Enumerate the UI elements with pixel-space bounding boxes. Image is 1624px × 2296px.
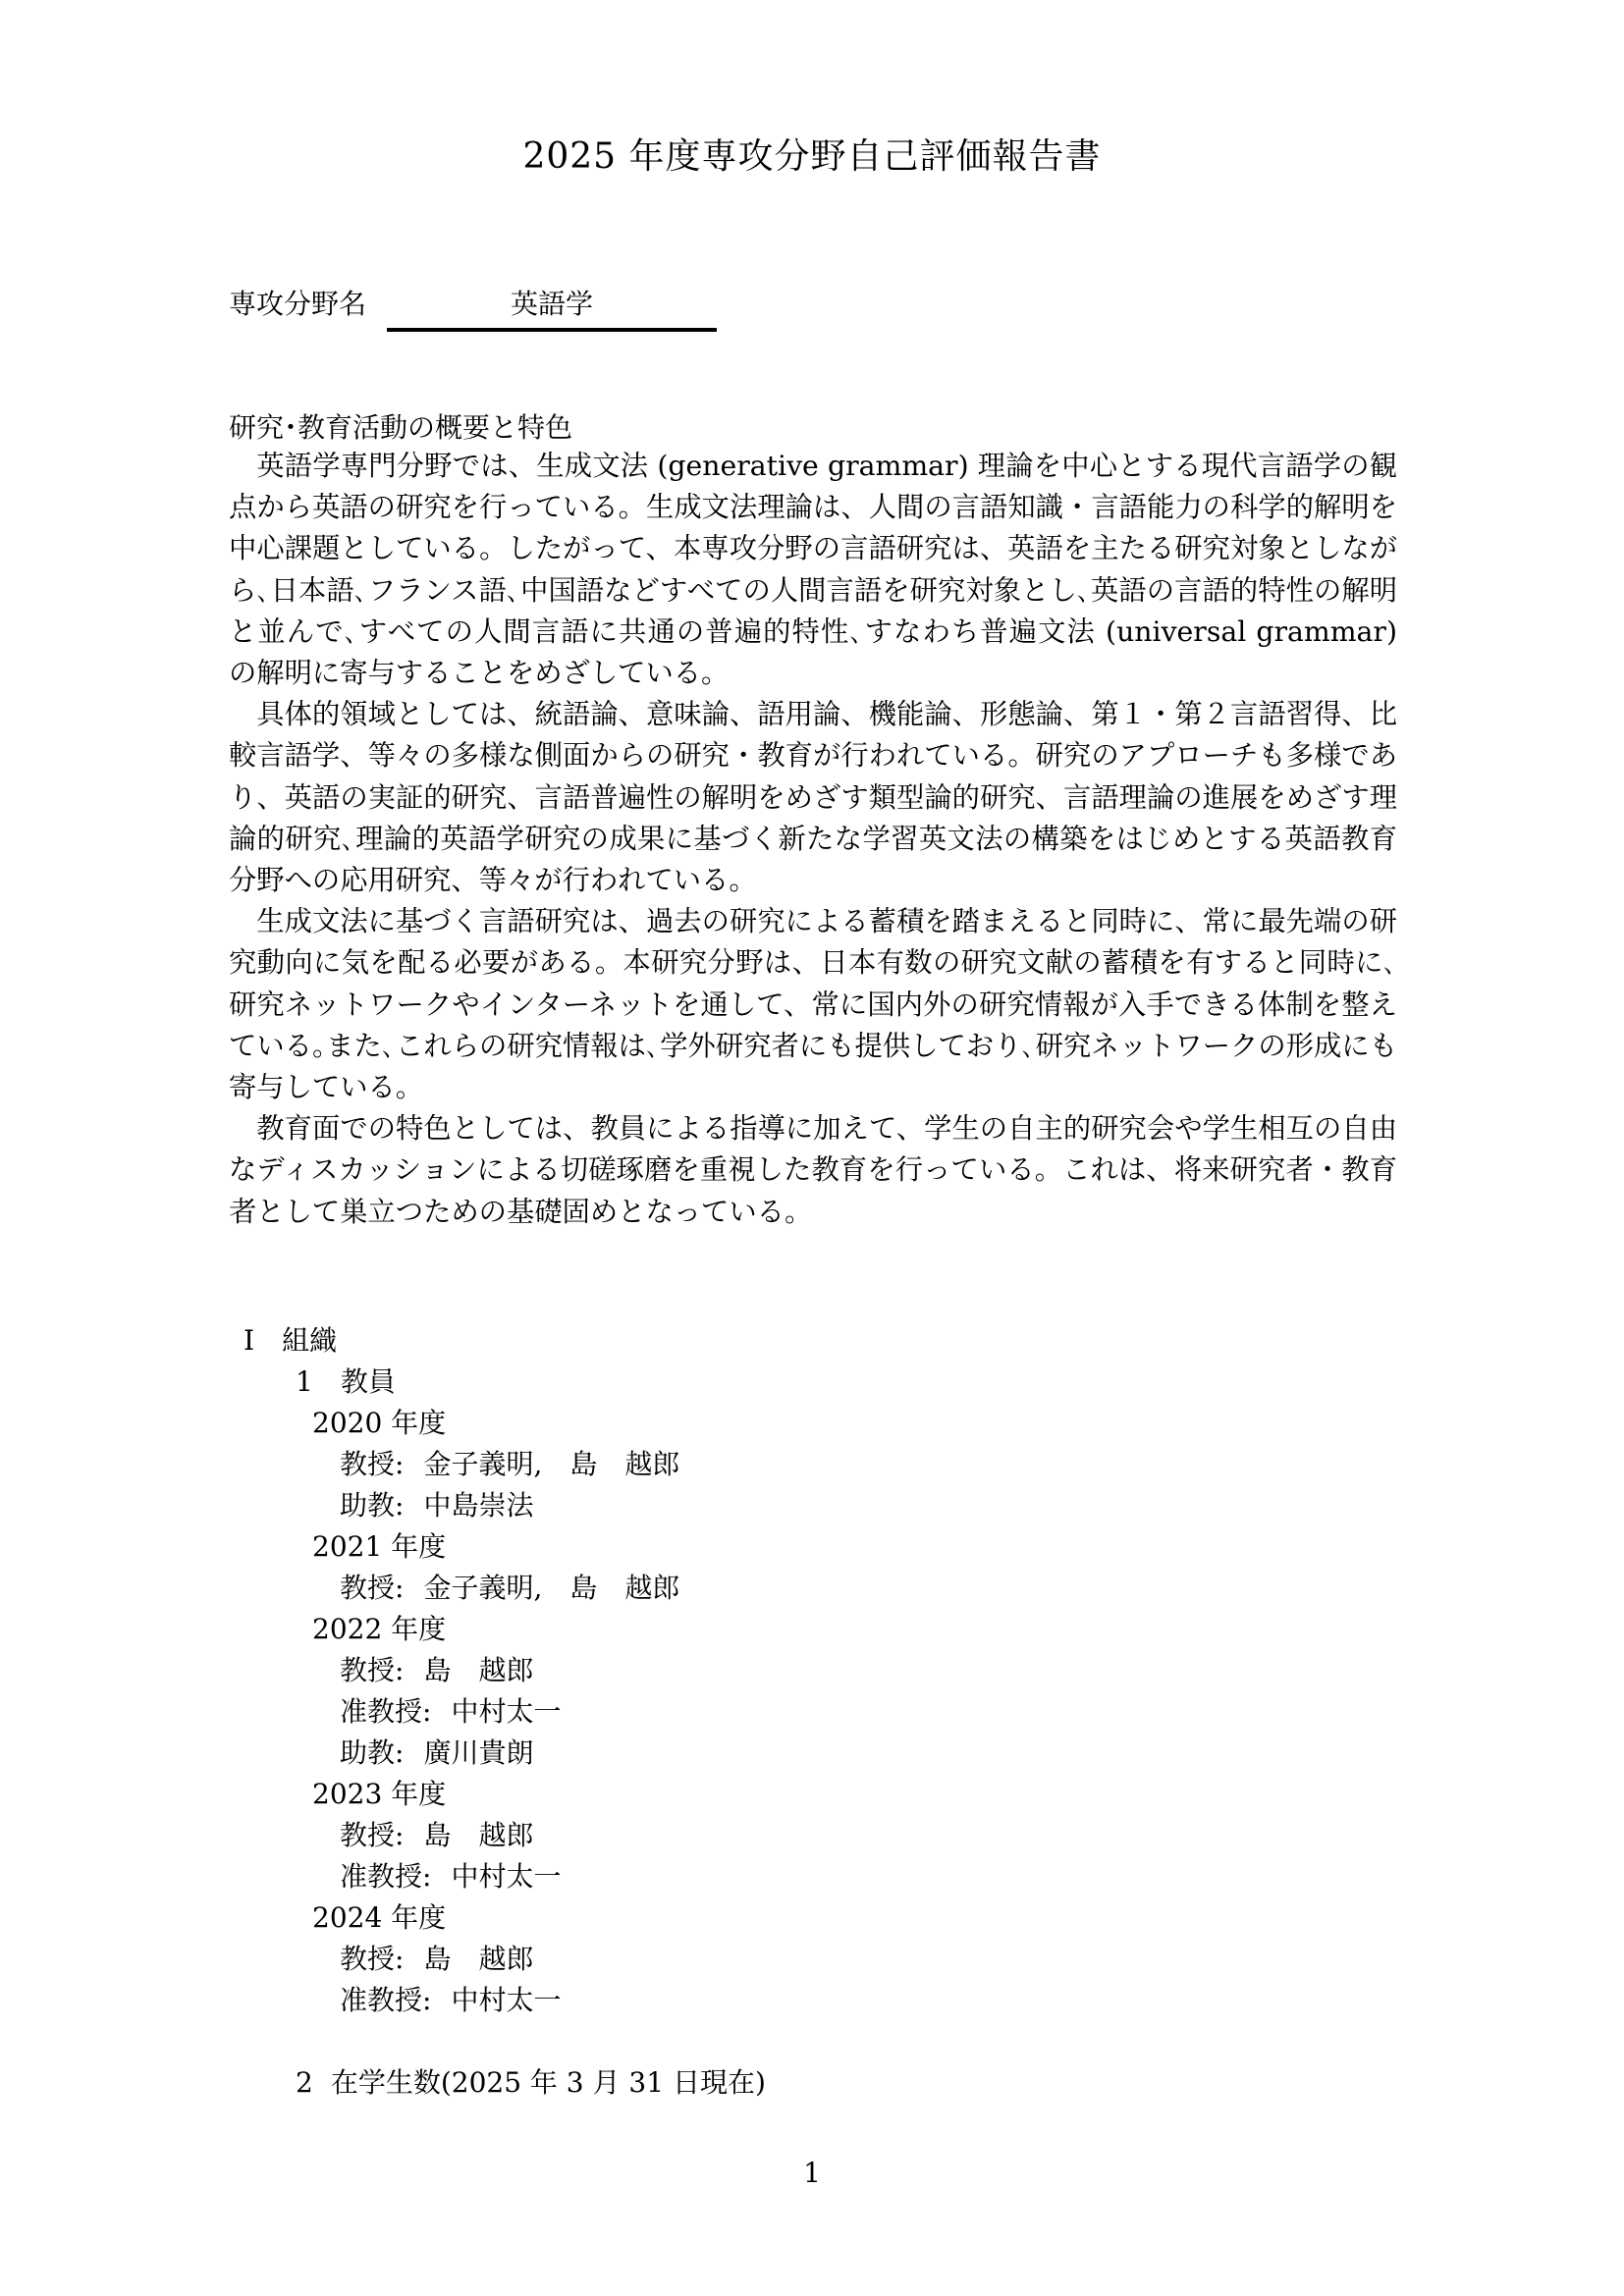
faculty-row: 助教:中島崇法 bbox=[229, 1485, 766, 1526]
faculty-role: 教授: bbox=[340, 1654, 404, 1686]
faculty-row: 准教授:中村太一 bbox=[229, 1691, 766, 1733]
section-number: Ⅰ bbox=[244, 1324, 254, 1357]
faculty-row: 准教授:中村太一 bbox=[229, 1856, 766, 1897]
year-heading-2020: 2020 年度 bbox=[229, 1403, 766, 1444]
spacer bbox=[229, 2021, 766, 2062]
document-page: 2025 年度専攻分野自己評価報告書 専攻分野名 英語学 研究･教育活動の概要と… bbox=[0, 0, 1624, 2296]
faculty-role: 助教: bbox=[340, 1736, 404, 1769]
subsection-label: 在学生数(2025 年 3 月 31 日現在) bbox=[331, 2066, 766, 2099]
faculty-role: 准教授: bbox=[340, 1984, 431, 2016]
faculty-names: 島 越郎 bbox=[423, 1943, 533, 1975]
faculty-row: 教授:金子義明, 島 越郎 bbox=[229, 1444, 766, 1485]
faculty-row: 教授:島 越郎 bbox=[229, 1650, 766, 1691]
faculty-role: 准教授: bbox=[340, 1695, 431, 1728]
faculty-names: 中村太一 bbox=[451, 1984, 561, 2016]
faculty-role: 准教授: bbox=[340, 1860, 431, 1893]
faculty-role: 教授: bbox=[340, 1572, 404, 1604]
faculty-names: 金子義明, 島 越郎 bbox=[423, 1572, 679, 1604]
faculty-names: 島 越郎 bbox=[423, 1654, 533, 1686]
faculty-names: 島 越郎 bbox=[423, 1819, 533, 1851]
overview-paragraph-2: 具体的領域としては、統語論、意味論、語用論、機能論、形態論、第１・第２言語習得、… bbox=[229, 694, 1397, 901]
section-label: 組織 bbox=[282, 1324, 337, 1357]
organization-heading: Ⅰ組織 bbox=[229, 1320, 766, 1362]
faculty-names: 廣川貴朗 bbox=[423, 1736, 533, 1769]
faculty-role: 教授: bbox=[340, 1448, 404, 1480]
faculty-names: 中村太一 bbox=[451, 1695, 561, 1728]
field-name-label: 専攻分野名 bbox=[229, 285, 366, 324]
field-name-row: 専攻分野名 英語学 bbox=[229, 285, 916, 334]
faculty-names: 中島崇法 bbox=[423, 1489, 533, 1522]
organization-outline: Ⅰ組織 1教員 2020 年度 教授:金子義明, 島 越郎 助教:中島崇法 20… bbox=[229, 1320, 766, 2104]
year-heading-2024: 2024 年度 bbox=[229, 1897, 766, 1939]
overview-paragraph-3: 生成文法に基づく言語研究は、過去の研究による蓄積を踏まえると同時に、常に最先端の… bbox=[229, 901, 1397, 1108]
page-number: 1 bbox=[0, 2156, 1624, 2191]
subsection-number: 1 bbox=[296, 1365, 313, 1398]
year-heading-2022: 2022 年度 bbox=[229, 1609, 766, 1650]
year-heading-2021: 2021 年度 bbox=[229, 1526, 766, 1568]
faculty-row: 教授:島 越郎 bbox=[229, 1939, 766, 1980]
students-heading: 2在学生数(2025 年 3 月 31 日現在) bbox=[229, 2062, 766, 2104]
faculty-names: 中村太一 bbox=[451, 1860, 561, 1893]
faculty-heading: 1教員 bbox=[229, 1362, 766, 1403]
year-heading-2023: 2023 年度 bbox=[229, 1774, 766, 1815]
overview-heading: 研究･教育活動の概要と特色 bbox=[229, 408, 572, 448]
subsection-label: 教員 bbox=[341, 1365, 396, 1398]
subsection-number: 2 bbox=[296, 2066, 313, 2099]
field-name-value: 英語学 bbox=[387, 285, 717, 324]
faculty-names: 金子義明, 島 越郎 bbox=[423, 1448, 679, 1480]
overview-body: 英語学専門分野では、生成文法 (generative grammar) 理論を中… bbox=[229, 446, 1397, 1233]
report-title: 2025 年度専攻分野自己評価報告書 bbox=[0, 133, 1624, 181]
field-name-underline bbox=[387, 328, 717, 332]
faculty-row: 助教:廣川貴朗 bbox=[229, 1733, 766, 1774]
faculty-row: 教授:島 越郎 bbox=[229, 1815, 766, 1856]
faculty-role: 教授: bbox=[340, 1943, 404, 1975]
faculty-row: 教授:金子義明, 島 越郎 bbox=[229, 1568, 766, 1609]
overview-paragraph-1: 英語学専門分野では、生成文法 (generative grammar) 理論を中… bbox=[229, 446, 1397, 694]
faculty-role: 助教: bbox=[340, 1489, 404, 1522]
overview-paragraph-4: 教育面での特色としては、教員による指導に加えて、学生の自主的研究会や学生相互の自… bbox=[229, 1108, 1397, 1233]
faculty-role: 教授: bbox=[340, 1819, 404, 1851]
faculty-row: 准教授:中村太一 bbox=[229, 1980, 766, 2021]
